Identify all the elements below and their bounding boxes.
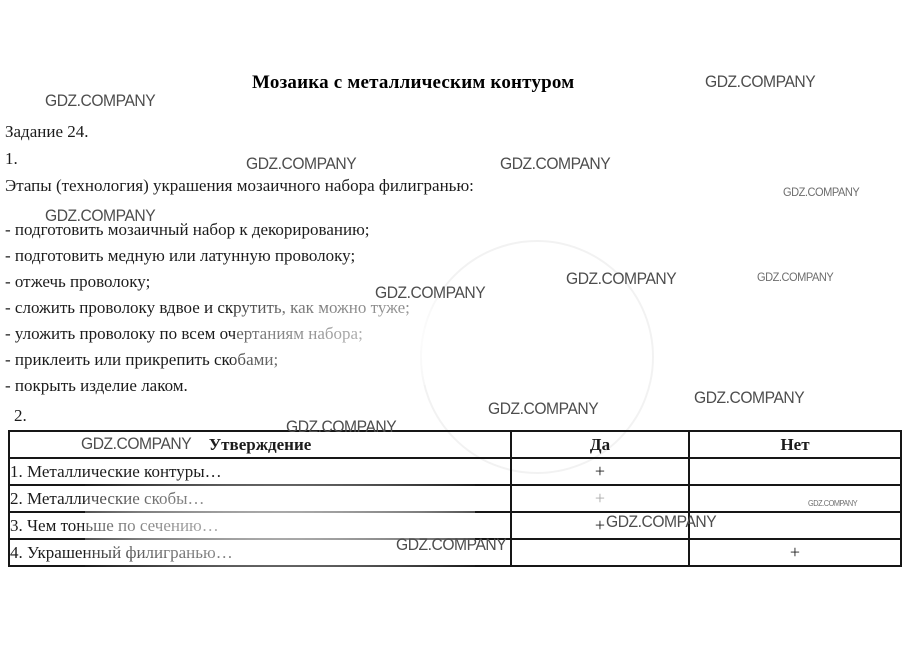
gdz-watermark: GDZ.COMPANY <box>705 72 815 92</box>
table-row: 2. Металлические скобы… + <box>9 485 901 512</box>
statement-cell: 1. Металлические контуры… <box>9 458 511 485</box>
part1-label: 1. <box>5 149 18 169</box>
no-mark-cell <box>689 458 901 485</box>
gdz-watermark: GDZ.COMPANY <box>81 434 191 454</box>
task-number-label: Задание 24. <box>5 122 89 142</box>
yes-mark-cell: + <box>511 485 689 512</box>
no-mark-cell <box>689 485 901 512</box>
steps-list: - подготовить мозаичный набор к декориро… <box>5 217 410 399</box>
step-item: - уложить проволоку по всем очертаниям н… <box>5 321 410 347</box>
step-item: - отжечь проволоку; <box>5 269 410 295</box>
gdz-watermark: GDZ.COMPANY <box>783 185 859 199</box>
step-item: - подготовить медную или латунную провол… <box>5 243 410 269</box>
page-title: Мозаика с металлическим контуром <box>252 72 574 94</box>
part2-label: 2. <box>14 406 27 426</box>
gdz-watermark: GDZ.COMPANY <box>396 535 506 555</box>
gdz-watermark: GDZ.COMPANY <box>45 91 155 111</box>
gdz-watermark: GDZ.COMPANY <box>45 206 155 226</box>
step-item: - приклеить или прикрепить скобами; <box>5 347 410 373</box>
step-item: - покрыть изделие лаком. <box>5 373 410 399</box>
table-row: 1. Металлические контуры… + <box>9 458 901 485</box>
gdz-watermark: GDZ.COMPANY <box>375 283 485 303</box>
col-header-no: Нет <box>689 431 901 458</box>
statement-cell: 2. Металлические скобы… <box>9 485 511 512</box>
gdz-watermark: GDZ.COMPANY <box>488 399 598 419</box>
no-mark-cell <box>689 512 901 539</box>
gdz-watermark: GDZ.COMPANY <box>808 499 857 508</box>
gdz-watermark: GDZ.COMPANY <box>566 269 676 289</box>
gdz-watermark: GDZ.COMPANY <box>757 270 833 284</box>
no-mark-cell: + <box>689 539 901 566</box>
col-header-yes: Да <box>511 431 689 458</box>
gdz-watermark: GDZ.COMPANY <box>500 154 610 174</box>
step-item: - сложить проволоку вдвое и скрутить, ка… <box>5 295 410 321</box>
scanned-worksheet-page: Мозаика с металлическим контуром GDZ.COM… <box>0 0 910 668</box>
steps-intro-line: Этапы (технология) украшения мозаичного … <box>5 176 474 196</box>
gdz-watermark: GDZ.COMPANY <box>286 417 396 437</box>
yes-mark-cell: + <box>511 458 689 485</box>
gdz-watermark: GDZ.COMPANY <box>606 512 716 532</box>
gdz-watermark: GDZ.COMPANY <box>694 388 804 408</box>
yes-mark-cell <box>511 539 689 566</box>
gdz-watermark: GDZ.COMPANY <box>246 154 356 174</box>
